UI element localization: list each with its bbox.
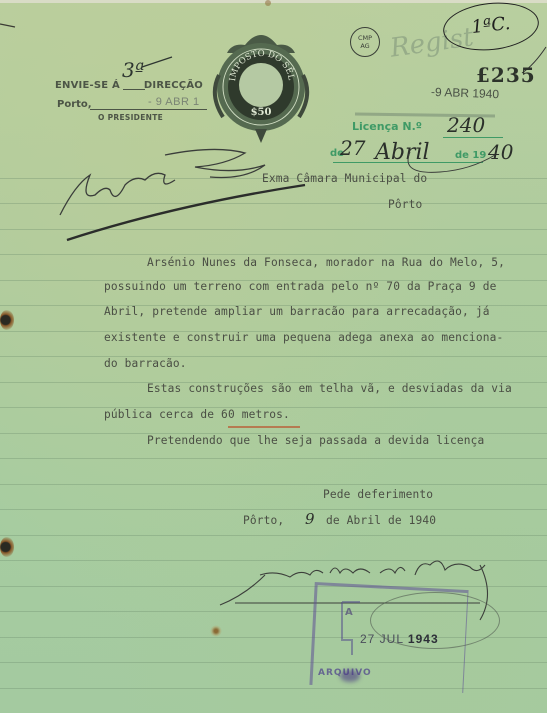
body-line: pública cerca de 60 metros. xyxy=(104,408,290,421)
ruled-line xyxy=(0,509,547,510)
pen-stroke xyxy=(0,20,20,30)
ruled-line xyxy=(0,484,547,485)
licence-underline xyxy=(443,137,503,138)
body-line: Pretendendo que lhe seja passada a devid… xyxy=(147,434,484,447)
svg-text:$50: $50 xyxy=(251,107,272,118)
stamp-porto-label: Porto, xyxy=(57,99,92,110)
ruled-line xyxy=(0,458,547,459)
ruled-line xyxy=(0,662,547,663)
engineer-signature xyxy=(55,145,355,245)
archive-stamp-label: A xyxy=(345,607,353,618)
ink-smudge xyxy=(340,670,360,682)
registry-number: £235 xyxy=(476,63,536,87)
circle-stamp-line: CMP xyxy=(351,34,379,42)
punch-hole xyxy=(0,310,14,330)
licence-number: 240 xyxy=(447,113,485,137)
ruled-line xyxy=(0,356,547,357)
closing-request: Pede deferimento xyxy=(323,488,433,501)
archive-date-year: 1943 xyxy=(408,632,439,646)
ink-stain xyxy=(265,0,271,6)
closing-day: 9 xyxy=(305,510,315,528)
page-top-edge xyxy=(0,0,547,3)
addressee-line-1: Exma Câmara Municipal do xyxy=(262,172,427,185)
stamp-blank-line xyxy=(123,89,145,90)
archive-stamp-date: 27 JUL 1943 xyxy=(360,632,439,646)
stamp-blank-line xyxy=(90,109,207,110)
body-line: Abril, pretende ampliar um barracão para… xyxy=(104,305,490,318)
ruled-line xyxy=(0,535,547,536)
stamp-date-faded: - 9 ABR 1 xyxy=(148,96,200,108)
closing-place: Pôrto, xyxy=(243,514,284,527)
circle-stamp-line: AG xyxy=(351,42,379,50)
cmp-ag-circle-stamp: CMP AG xyxy=(350,27,380,57)
stamp-presidente: O PRESIDENTE xyxy=(98,113,163,122)
closing-date: de Abril de 1940 xyxy=(326,514,436,527)
archive-date-day-month: 27 JUL xyxy=(360,632,404,646)
pen-stroke xyxy=(140,55,180,70)
body-line: possuindo um terreno com entrada pelo nº… xyxy=(104,280,496,293)
envie-label: ENVIE-SE Á xyxy=(55,80,120,91)
red-underline xyxy=(228,426,300,428)
licence-label: Licença N.º xyxy=(352,120,422,133)
body-line: do barracão. xyxy=(104,357,187,370)
punch-hole xyxy=(0,537,14,557)
body-line: existente e construir uma pequena adega … xyxy=(104,331,503,344)
addressee-line-2: Pôrto xyxy=(388,198,422,211)
ruled-line xyxy=(0,688,547,689)
faded-line xyxy=(355,112,535,118)
document-page: 3ª ENVIE-SE ÁDIRECÇÃO Porto, - 9 ABR 1 O… xyxy=(0,0,547,713)
ruled-line xyxy=(0,254,547,255)
direccao-label: DIRECÇÃO xyxy=(144,80,203,91)
imposto-do-selo-seal-icon: IMPOSTO DO SÊLO $50 xyxy=(205,25,317,143)
body-line: Arsénio Nunes da Fonseca, morador na Rua… xyxy=(147,256,505,269)
body-line: Estas construções são em telha vã, e des… xyxy=(147,382,512,395)
date-stamp: -9 ABR 1940 xyxy=(431,85,499,101)
